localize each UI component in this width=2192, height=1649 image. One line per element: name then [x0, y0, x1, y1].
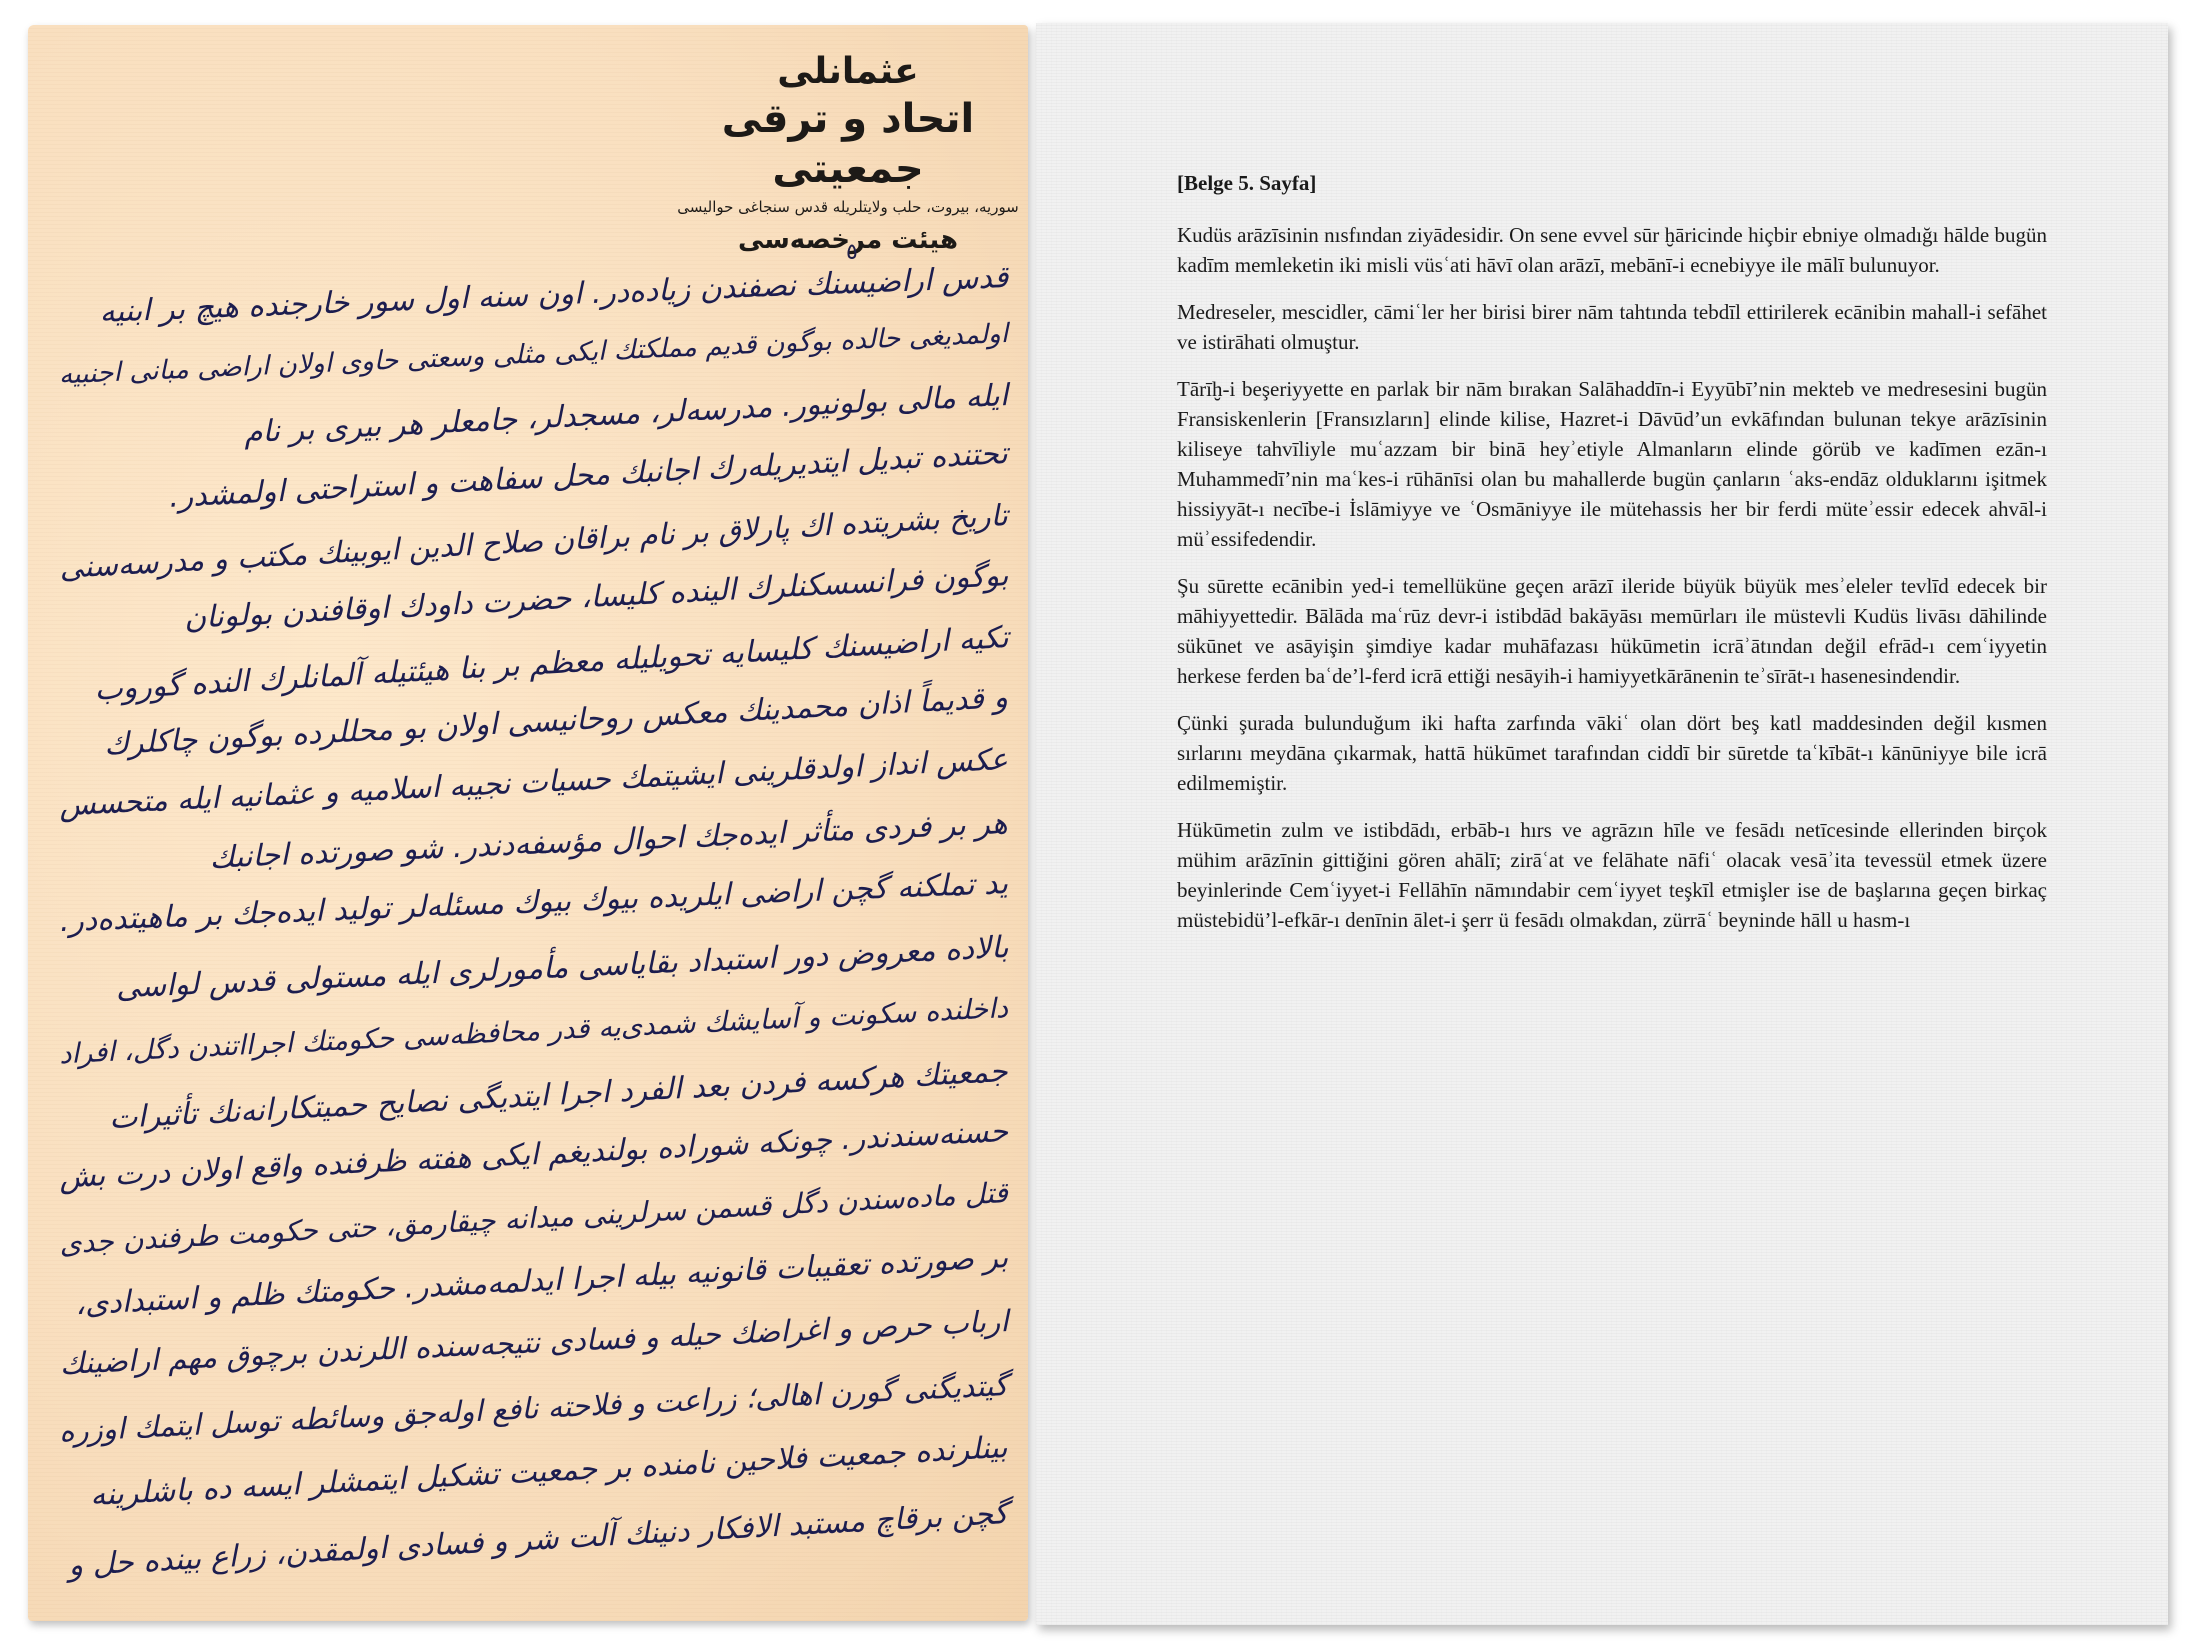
handwritten-line: ایله مالی بولونیور. مدرسه‌لر، مسجدلر، جا…: [243, 378, 1009, 450]
transcription-paragraph: Medreseler, mescidler, cāmiʿler her biri…: [1177, 297, 2047, 357]
handwritten-line: هر بر فردی متأثر ایده‌جك احوال مؤسفه‌دند…: [209, 806, 1008, 876]
letterhead-region: سوریه، بیروت، حلب ولایتلریله قدس سنجاغی …: [668, 194, 1028, 220]
letterhead-committee-name: اتحاد و ترقی جمعیتی: [668, 94, 1028, 194]
transcription-text: [Belge 5. Sayfa] Kudüs arāzīsinin nısfın…: [1177, 168, 2047, 952]
transcription-paragraph: Şu sūrette ecānibin yed-i temellüküne ge…: [1177, 571, 2047, 691]
transcription-paragraph: Tārīḫ-i beşeriyyette en parlak bir nām b…: [1177, 374, 2047, 554]
handwritten-line: گچن برقاچ مستبد الافكار دنینك آلت شر و ف…: [67, 1496, 1008, 1583]
handwritten-line: قدس اراضیسنك نصفندن زیاده‌در. اون سنه او…: [99, 260, 1009, 330]
handwritten-line: بالاده معروض دور استبداد بقایاسی مأمورلر…: [115, 930, 1009, 1005]
transcription-paragraph: Kudüs arāzīsinin nısfından ziyādesidir. …: [1177, 220, 2047, 280]
page-number: ٥: [846, 240, 858, 265]
original-document-page: عثمانلی اتحاد و ترقی جمعیتی سوریه، بیروت…: [28, 25, 1028, 1621]
handwritten-line: داخلنده سكونت و آسایشك شمدی‌یه قدر محافظ…: [58, 992, 1008, 1070]
transcription-paragraph: Çünki şurada bulunduğum iki hafta zarfın…: [1177, 708, 2047, 798]
handwritten-line: بینلرنده جمعیت فلاحین نامنده بر جمعیت تش…: [90, 1430, 1009, 1513]
letterhead: عثمانلی اتحاد و ترقی جمعیتی سوریه، بیروت…: [668, 50, 1028, 260]
document-heading: [Belge 5. Sayfa]: [1177, 168, 2047, 198]
handwritten-line: اولمدیغی حالده بوگون قدیم مملکتك ایکی مث…: [58, 318, 1008, 390]
handwritten-line: ید تملكنه گچن اراضی ایلریده بیوك بیوك مس…: [59, 866, 1009, 939]
letterhead-ottoman: عثمانلی: [668, 50, 1028, 94]
handwritten-line: گیتدیگنی گورن اهالی؛ زراعت و فلاحته نافع…: [59, 1368, 1009, 1448]
transcription-paragraph: Hükūmetin zulm ve istibdādı, erbāb-ı hır…: [1177, 815, 2047, 935]
